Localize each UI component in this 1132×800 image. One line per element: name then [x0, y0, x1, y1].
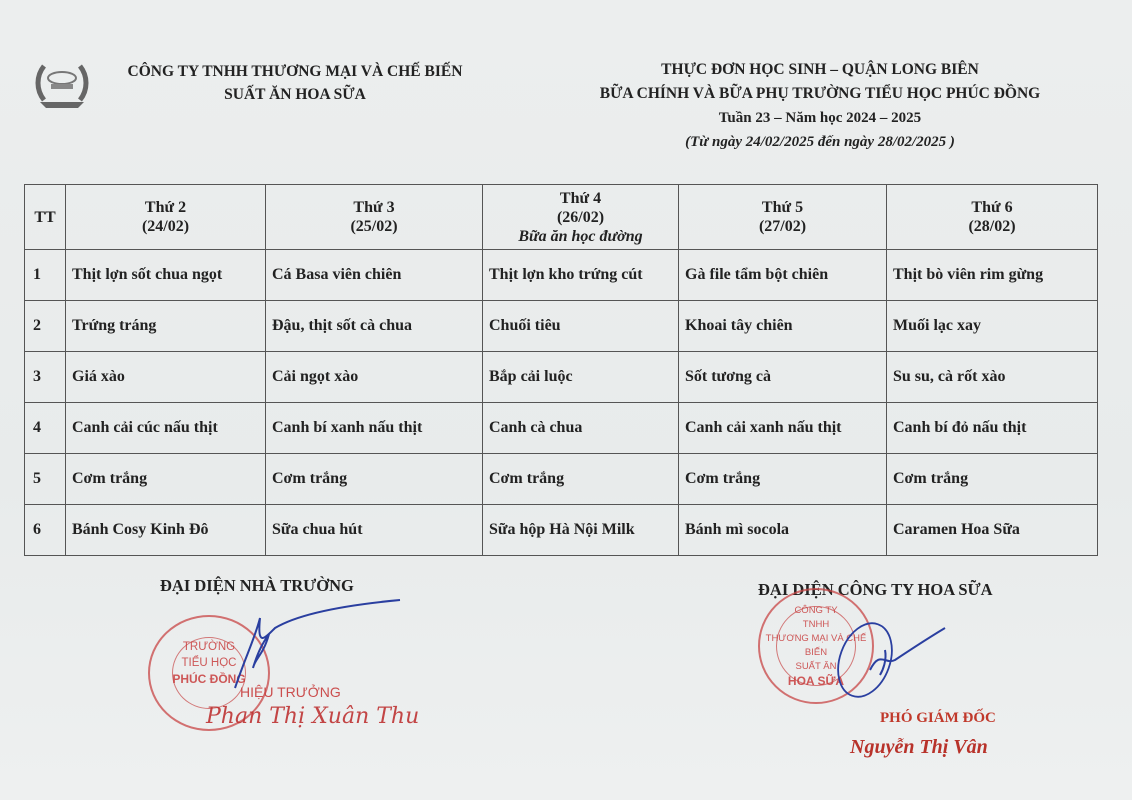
column-header-thu6: Thứ 6(28/02)	[887, 185, 1098, 250]
table-header-row: TT Thứ 2(24/02) Thứ 3(25/02) Thứ 4(26/02…	[25, 185, 1098, 250]
menu-cell: Cơm trắng	[679, 454, 887, 505]
company-signer-role: PHÓ GIÁM ĐỐC	[880, 710, 996, 727]
column-note: Bữa ăn học đường	[489, 227, 672, 246]
company-name-line2: SUẤT ĂN HOA SỮA	[100, 83, 490, 106]
menu-cell: Thịt lợn kho trứng cút	[483, 250, 679, 301]
column-header-thu4: Thứ 4(26/02) Bữa ăn học đường	[483, 185, 679, 250]
menu-cell: Cơm trắng	[483, 454, 679, 505]
menu-cell: Sữa chua hút	[266, 505, 483, 556]
menu-cell: Giá xào	[66, 352, 266, 403]
menu-cell: Thịt bò viên rim gừng	[887, 250, 1098, 301]
menu-cell: Cá Basa viên chiên	[266, 250, 483, 301]
row-number: 1	[25, 250, 66, 301]
table-row: 5Cơm trắngCơm trắngCơm trắngCơm trắngCơm…	[25, 454, 1098, 505]
menu-cell: Thịt lợn sốt chua ngọt	[66, 250, 266, 301]
company-signer-name: Nguyễn Thị Vân	[850, 736, 988, 759]
menu-cell: Cơm trắng	[66, 454, 266, 505]
column-header-thu5: Thứ 5(27/02)	[679, 185, 887, 250]
school-representative-title: ĐẠI DIỆN NHÀ TRƯỜNG	[160, 576, 354, 596]
row-number: 6	[25, 505, 66, 556]
menu-cell: Trứng tráng	[66, 301, 266, 352]
table-row: 4Canh cải cúc nấu thịtCanh bí xanh nấu t…	[25, 403, 1098, 454]
table-row: 1Thịt lợn sốt chua ngọtCá Basa viên chiê…	[25, 250, 1098, 301]
menu-cell: Cơm trắng	[266, 454, 483, 505]
school-signature-icon	[225, 598, 405, 698]
menu-subtitle: BỮA CHÍNH VÀ BỮA PHỤ TRƯỜNG TIỂU HỌC PHÚ…	[560, 82, 1080, 106]
date-range: (Từ ngày 24/02/2025 đến ngày 28/02/2025 …	[560, 130, 1080, 154]
school-signer-name: Phan Thị Xuân Thu	[206, 704, 419, 729]
company-signature-icon	[825, 620, 955, 700]
menu-cell: Canh bí đỏ nấu thịt	[887, 403, 1098, 454]
menu-cell: Khoai tây chiên	[679, 301, 887, 352]
row-number: 2	[25, 301, 66, 352]
menu-cell: Cải ngọt xào	[266, 352, 483, 403]
document-page: CÔNG TY TNHH THƯƠNG MẠI VÀ CHẾ BIẾN SUẤT…	[0, 0, 1132, 800]
company-header: CÔNG TY TNHH THƯƠNG MẠI VÀ CHẾ BIẾN SUẤT…	[100, 60, 490, 106]
row-number: 5	[25, 454, 66, 505]
menu-cell: Cơm trắng	[887, 454, 1098, 505]
week-label: Tuần 23 – Năm học 2024 – 2025	[560, 106, 1080, 130]
school-signer-role: HIỆU TRƯỞNG	[240, 684, 341, 700]
column-header-thu3: Thứ 3(25/02)	[266, 185, 483, 250]
menu-cell: Caramen Hoa Sữa	[887, 505, 1098, 556]
menu-header: THỰC ĐƠN HỌC SINH – QUẬN LONG BIÊN BỮA C…	[560, 58, 1080, 154]
menu-cell: Sốt tương cà	[679, 352, 887, 403]
menu-cell: Canh cải cúc nấu thịt	[66, 403, 266, 454]
wreath-logo-icon	[34, 60, 90, 110]
menu-cell: Bánh mì socola	[679, 505, 887, 556]
row-number: 4	[25, 403, 66, 454]
menu-cell: Bánh Cosy Kinh Đô	[66, 505, 266, 556]
menu-table: TT Thứ 2(24/02) Thứ 3(25/02) Thứ 4(26/02…	[24, 184, 1098, 556]
menu-cell: Canh cà chua	[483, 403, 679, 454]
column-header-tt: TT	[25, 185, 66, 250]
table-row: 6Bánh Cosy Kinh ĐôSữa chua hútSữa hộp Hà…	[25, 505, 1098, 556]
menu-cell: Đậu, thịt sốt cà chua	[266, 301, 483, 352]
menu-title: THỰC ĐƠN HỌC SINH – QUẬN LONG BIÊN	[560, 58, 1080, 82]
menu-cell: Chuối tiêu	[483, 301, 679, 352]
table-row: 2Trứng trángĐậu, thịt sốt cà chuaChuối t…	[25, 301, 1098, 352]
menu-cell: Muối lạc xay	[887, 301, 1098, 352]
menu-cell: Canh cải xanh nấu thịt	[679, 403, 887, 454]
menu-cell: Bắp cải luộc	[483, 352, 679, 403]
menu-cell: Su su, cà rốt xào	[887, 352, 1098, 403]
menu-cell: Canh bí xanh nấu thịt	[266, 403, 483, 454]
menu-cell: Sữa hộp Hà Nội Milk	[483, 505, 679, 556]
table-row: 3Giá xàoCải ngọt xàoBắp cải luộcSốt tươn…	[25, 352, 1098, 403]
company-name-line1: CÔNG TY TNHH THƯƠNG MẠI VÀ CHẾ BIẾN	[100, 60, 490, 83]
column-header-thu2: Thứ 2(24/02)	[66, 185, 266, 250]
row-number: 3	[25, 352, 66, 403]
menu-cell: Gà file tẩm bột chiên	[679, 250, 887, 301]
